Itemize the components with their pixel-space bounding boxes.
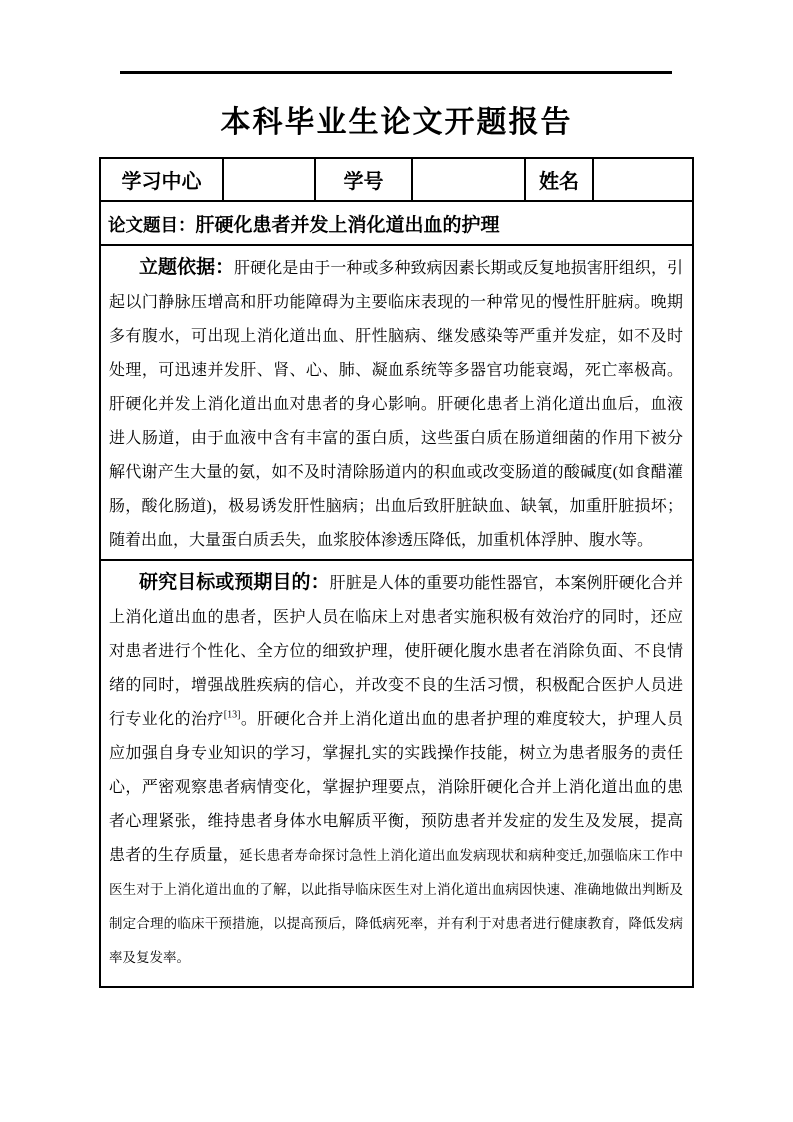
header-rule — [120, 71, 672, 74]
topic-cell: 论文题目：肝硬化患者并发上消化道出血的护理 — [100, 201, 693, 245]
student-id-value — [412, 158, 525, 201]
basis-heading: 立题依据： — [139, 257, 234, 278]
topic-value: 肝硬化患者并发上消化道出血的护理 — [196, 215, 500, 236]
research-goal-cell: 研究目标或预期目的：肝脏是人体的重要功能性器官，本案例肝硬化合并上消化道出血的患… — [100, 560, 693, 987]
info-row: 学习中心 学号 姓名 — [100, 158, 693, 201]
basis-body: 肝硬化是由于一种或多种致病因素长期或反复地损害肝组织，引起以门静脉压增高和肝功能… — [109, 260, 683, 549]
basis-paragraph: 立题依据：肝硬化是由于一种或多种致病因素长期或反复地损害肝组织，引起以门静脉压增… — [109, 251, 683, 558]
research-goal-paragraph: 研究目标或预期目的：肝脏是人体的重要功能性器官，本案例肝硬化合并上消化道出血的患… — [109, 566, 683, 975]
document-page: 本科毕业生论文开题报告 学习中心 学号 姓名 论文题目：肝硬化患者并发上消化道出… — [0, 0, 793, 1122]
student-id-label: 学号 — [315, 158, 412, 201]
proposal-table: 学习中心 学号 姓名 论文题目：肝硬化患者并发上消化道出血的护理 立题依据：肝硬… — [99, 157, 694, 988]
research-goal-heading: 研究目标或预期目的： — [139, 572, 330, 593]
research-goal-body-1: 肝脏是人体的重要功能性器官，本案例肝硬化合并上消化道出血的患者，医护人员在临床上… — [109, 575, 683, 728]
research-goal-body-2: 。肝硬化合并上消化道出血的患者护理的难度较大，护理人员应加强自身专业知识的学习，… — [109, 711, 683, 864]
citation-marker: [13] — [224, 710, 241, 721]
name-value — [593, 158, 693, 201]
research-goal-row: 研究目标或预期目的：肝脏是人体的重要功能性器官，本案例肝硬化合并上消化道出血的患… — [100, 560, 693, 987]
document-title: 本科毕业生论文开题报告 — [0, 97, 793, 141]
name-label: 姓名 — [525, 158, 593, 201]
research-goal-body-small: 延长患者寿命探讨急性上消化道出血发病现状和病种变迁,加强临床工作中医生对于上消化… — [109, 848, 683, 965]
learning-center-value — [223, 158, 315, 201]
learning-center-label: 学习中心 — [100, 158, 223, 201]
topic-row: 论文题目：肝硬化患者并发上消化道出血的护理 — [100, 201, 693, 245]
basis-row: 立题依据：肝硬化是由于一种或多种致病因素长期或反复地损害肝组织，引起以门静脉压增… — [100, 245, 693, 560]
topic-label: 论文题目： — [108, 215, 196, 235]
basis-cell: 立题依据：肝硬化是由于一种或多种致病因素长期或反复地损害肝组织，引起以门静脉压增… — [100, 245, 693, 560]
